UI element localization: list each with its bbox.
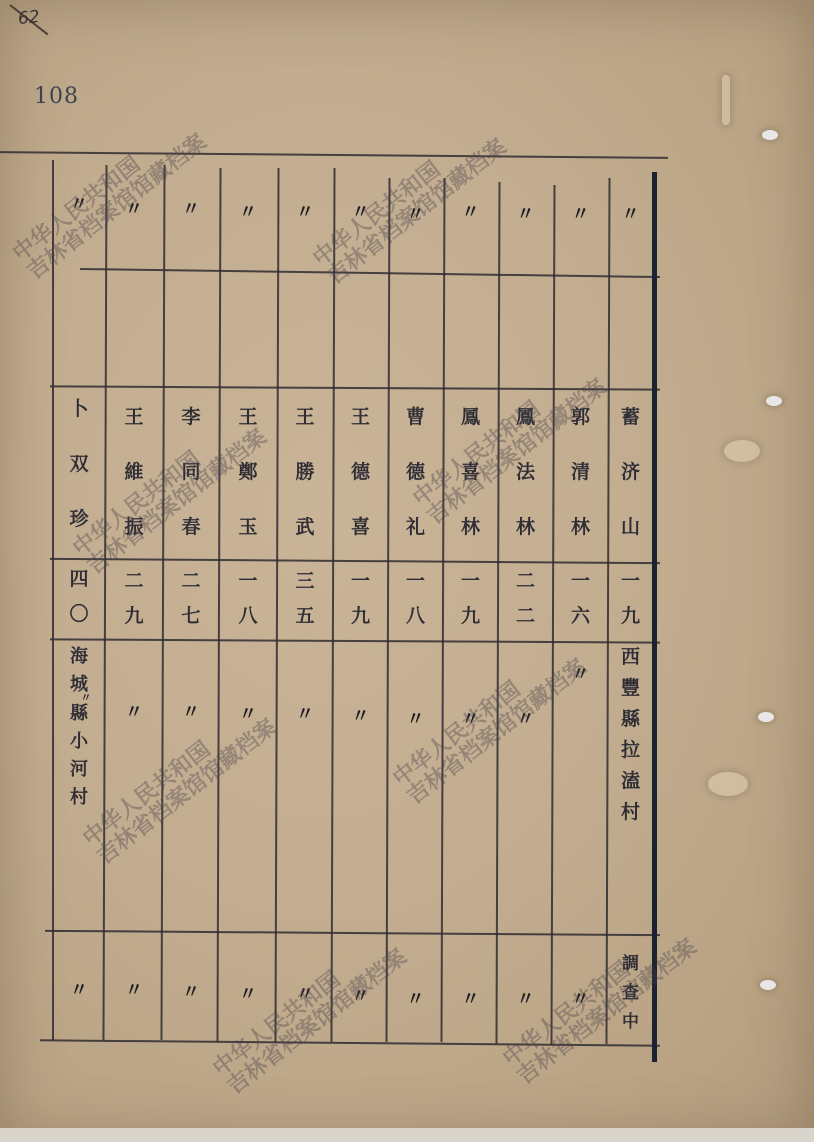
age-char: 九 bbox=[351, 607, 370, 626]
binding-hole bbox=[758, 712, 774, 722]
age-char: 八 bbox=[406, 607, 425, 626]
ditto-mark: 〃 bbox=[572, 660, 590, 686]
origin-char: 村 bbox=[70, 789, 88, 807]
age-char: 九 bbox=[124, 607, 143, 626]
origin-char: 豐 bbox=[621, 679, 640, 698]
age-char: 二 bbox=[516, 572, 535, 591]
name-char: 振 bbox=[124, 518, 143, 537]
age-char: 一 bbox=[406, 572, 425, 591]
name-char: 法 bbox=[516, 463, 535, 482]
ditto-mark: 〃 bbox=[296, 700, 314, 726]
name-char: 郭 bbox=[571, 408, 590, 427]
ditto-mark: 〃 bbox=[239, 980, 257, 1006]
ditto-mark: 〃 bbox=[572, 985, 590, 1011]
name-char: 曹 bbox=[406, 408, 425, 427]
record-column: 〃 王 德 喜 一 九 〃 〃 bbox=[334, 0, 387, 1100]
binding-hole bbox=[762, 130, 778, 140]
age-char: 三 bbox=[295, 572, 314, 591]
ditto-mark: 〃 bbox=[407, 200, 425, 226]
origin-char: 村 bbox=[621, 803, 640, 822]
name-char: 林 bbox=[571, 518, 590, 537]
record-column: 〃 曹 德 礼 一 八 〃 〃 bbox=[389, 0, 442, 1100]
ditto-mark: 〃 bbox=[462, 985, 480, 1011]
name-char: 李 bbox=[181, 408, 200, 427]
ditto-mark: 〃 bbox=[517, 200, 535, 226]
ditto-mark: 〃 bbox=[125, 195, 143, 221]
age-char: 七 bbox=[181, 607, 200, 626]
ditto-mark: 〃 bbox=[182, 195, 200, 221]
name-char: 清 bbox=[571, 463, 590, 482]
record-column: 〃 鳳 法 林 二 二 〃 〃 bbox=[499, 0, 552, 1100]
ditto-mark: 〃 bbox=[622, 200, 640, 226]
name-char: 喜 bbox=[351, 518, 370, 537]
status-char: 中 bbox=[622, 1014, 639, 1031]
age-char: 九 bbox=[461, 607, 480, 626]
ditto-mark: 〃 bbox=[407, 705, 425, 731]
name-char: 山 bbox=[621, 518, 640, 537]
name-char: 卜 bbox=[69, 400, 88, 419]
age-char: 一 bbox=[571, 572, 590, 591]
ditto-mark: 〃 bbox=[517, 985, 535, 1011]
paper-damage bbox=[724, 440, 760, 462]
status-char: 調 bbox=[622, 956, 639, 973]
age-char: 四 bbox=[69, 570, 88, 589]
ditto-mark: 〃 bbox=[462, 198, 480, 224]
name-char: 喜 bbox=[461, 463, 480, 482]
record-column: 〃 王 鄭 玉 一 八 〃 〃 bbox=[220, 0, 276, 1100]
name-char: 林 bbox=[461, 518, 480, 537]
ditto-mark: 〃 bbox=[572, 200, 590, 226]
ditto-mark: 〃 bbox=[182, 698, 200, 724]
corner-handwritten-number: 62 bbox=[17, 7, 41, 29]
age-char: 五 bbox=[295, 607, 314, 626]
origin-char: 拉 bbox=[621, 741, 640, 760]
age-char: 二 bbox=[516, 607, 535, 626]
ditto-mark: 〃 bbox=[462, 705, 480, 731]
origin-char: 河 bbox=[70, 761, 88, 779]
ditto-mark: 〃 bbox=[407, 985, 425, 1011]
record-column: 〃 卜 双 珍 四 〇 海 城 〃 縣 小 河 村 〃 bbox=[54, 0, 104, 1100]
origin-char: 溘 bbox=[621, 772, 640, 791]
name-char: 济 bbox=[621, 463, 640, 482]
status-char: 查 bbox=[622, 985, 639, 1002]
ditto-mark: 〃 bbox=[296, 198, 314, 224]
ditto-mark: 〃 bbox=[517, 705, 535, 731]
age-char: 〇 bbox=[69, 605, 88, 624]
origin-char: 縣 bbox=[70, 705, 88, 723]
origin-char: 小 bbox=[70, 733, 88, 751]
record-column: 〃 郭 清 林 一 六 〃 〃 bbox=[554, 0, 607, 1100]
ditto-mark: 〃 bbox=[239, 198, 257, 224]
name-char: 王 bbox=[238, 408, 257, 427]
record-column: 〃 鳳 喜 林 一 九 〃 〃 bbox=[444, 0, 497, 1100]
record-column: 〃 蓄 济 山 一 九 西 豐 縣 拉 溘 村 調 查 中 bbox=[609, 0, 652, 1100]
name-char: 林 bbox=[516, 518, 535, 537]
ditto-mark: 〃 bbox=[352, 702, 370, 728]
name-char: 德 bbox=[351, 463, 370, 482]
ditto-mark: 〃 bbox=[125, 976, 143, 1002]
ditto-mark: 〃 bbox=[70, 976, 88, 1002]
scan-bottom-strip bbox=[0, 1128, 814, 1142]
age-char: 六 bbox=[571, 607, 590, 626]
age-char: 八 bbox=[238, 607, 257, 626]
name-char: 王 bbox=[351, 408, 370, 427]
ditto-mark: 〃 bbox=[352, 982, 370, 1008]
origin-char: 縣 bbox=[621, 710, 640, 729]
record-column: 〃 李 同 春 二 七 〃 〃 bbox=[164, 0, 218, 1100]
age-char: 一 bbox=[238, 572, 257, 591]
name-char: 維 bbox=[124, 463, 143, 482]
age-char: 九 bbox=[621, 607, 640, 626]
name-char: 双 bbox=[69, 455, 88, 474]
name-char: 礼 bbox=[406, 518, 425, 537]
paper-damage bbox=[708, 772, 748, 796]
name-char: 武 bbox=[295, 518, 314, 537]
record-column: 〃 王 勝 武 三 五 〃 〃 bbox=[278, 0, 332, 1100]
name-char: 鄭 bbox=[238, 463, 257, 482]
name-char: 蓄 bbox=[621, 408, 640, 427]
age-char: 一 bbox=[621, 572, 640, 591]
ditto-mark: 〃 bbox=[182, 978, 200, 1004]
ditto-mark: 〃 bbox=[125, 698, 143, 724]
name-char: 珍 bbox=[69, 510, 88, 529]
origin-char: 〃 bbox=[81, 692, 92, 703]
age-char: 二 bbox=[124, 572, 143, 591]
name-char: 德 bbox=[406, 463, 425, 482]
binding-hole bbox=[760, 980, 776, 990]
name-char: 王 bbox=[295, 408, 314, 427]
binding-hole bbox=[766, 396, 782, 406]
ditto-mark: 〃 bbox=[352, 198, 370, 224]
ditto-mark: 〃 bbox=[239, 700, 257, 726]
name-char: 同 bbox=[181, 463, 200, 482]
age-char: 二 bbox=[181, 572, 200, 591]
name-char: 王 bbox=[124, 408, 143, 427]
ditto-mark: 〃 bbox=[296, 980, 314, 1006]
name-char: 鳳 bbox=[516, 408, 535, 427]
origin-char: 海 bbox=[70, 648, 88, 666]
name-char: 鳳 bbox=[461, 408, 480, 427]
record-column: 〃 王 維 振 二 九 〃 〃 bbox=[106, 0, 162, 1100]
ditto-mark: 〃 bbox=[70, 190, 88, 216]
age-char: 一 bbox=[461, 572, 480, 591]
name-char: 勝 bbox=[295, 463, 314, 482]
paper-mark bbox=[722, 75, 730, 125]
table-right-border bbox=[652, 172, 657, 1062]
name-char: 春 bbox=[181, 518, 200, 537]
age-char: 一 bbox=[351, 572, 370, 591]
origin-char: 西 bbox=[621, 648, 640, 667]
name-char: 玉 bbox=[238, 518, 257, 537]
